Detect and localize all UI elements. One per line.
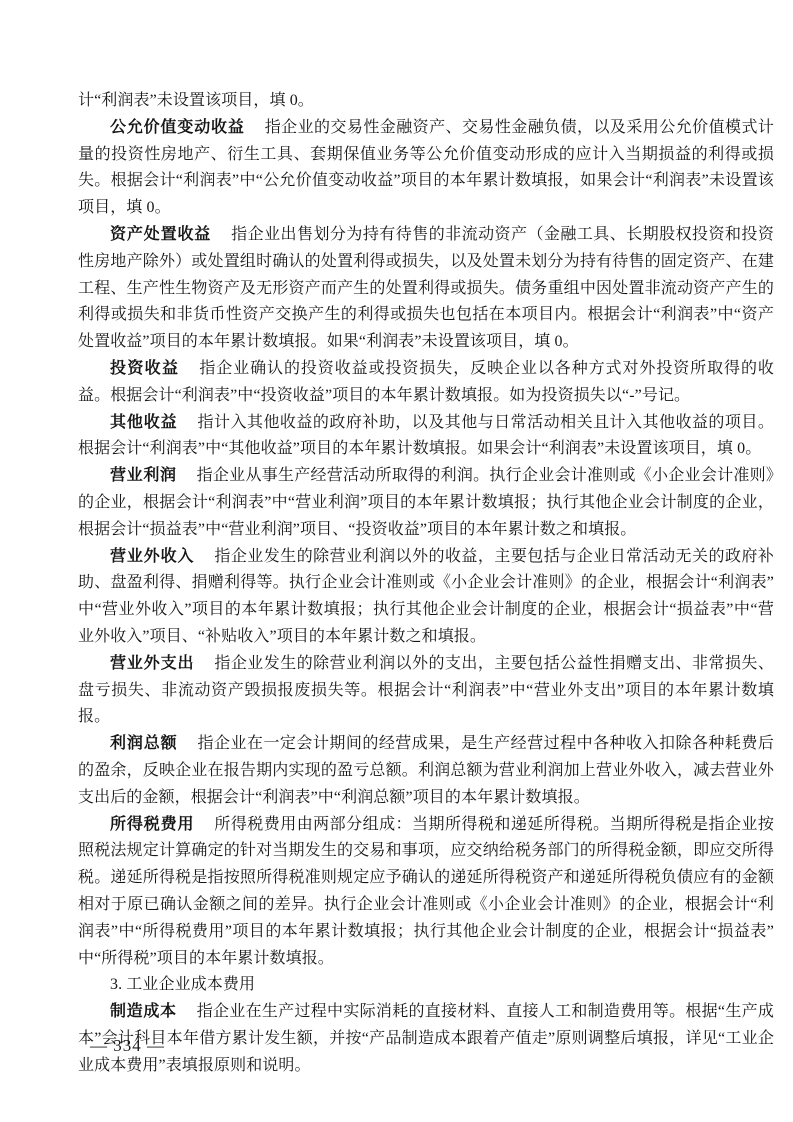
page-number: — 334 — (90, 1036, 165, 1056)
paragraph: 营业外支出指企业发生的除营业利润以外的支出，主要包括公益性捐赠支出、非常损失、盘… (78, 651, 774, 731)
section-heading: 3. 工业企业成本费用 (78, 972, 774, 999)
paragraph: 制造成本指企业在生产过程中实际消耗的直接材料、直接人工和制造费用等。根据“生产成… (78, 999, 774, 1079)
paragraph: 其他收益指计入其他收益的政府补助，以及其他与日常活动相关且计入其他收益的项目。根… (78, 410, 774, 464)
document-page: 计“利润表”未设置该项目，填 0。 公允价值变动收益指企业的交易性金融资产、交易… (0, 0, 793, 1122)
term-label: 资产处置收益 (110, 226, 211, 243)
term-label: 公允价值变动收益 (110, 119, 245, 136)
term-label: 利润总额 (110, 735, 178, 752)
paragraph: 利润总额指企业在一定会计期间的经营成果，是生产经营过程中各种收入扣除各种耗费后的… (78, 731, 774, 811)
term-label: 所得税费用 (110, 816, 194, 833)
paragraph: 营业利润指企业从事生产经营活动所取得的利润。执行企业会计准则或《小企业会计准则》… (78, 463, 774, 543)
term-label: 营业外收入 (110, 548, 194, 565)
paragraph-text: 所得税费用由两部分组成：当期所得税和递延所得税。当期所得税是指企业按照税法规定计… (78, 816, 774, 967)
paragraph-text: 指企业在生产过程中实际消耗的直接材料、直接人工和制造费用等。根据“生产成本”会计… (78, 1003, 774, 1074)
paragraph-text: 计“利润表”未设置该项目，填 0。 (78, 92, 314, 109)
document-body: 计“利润表”未设置该项目，填 0。 公允价值变动收益指企业的交易性金融资产、交易… (78, 88, 774, 1079)
paragraph-text: 指计入其他收益的政府补助，以及其他与日常活动相关且计入其他收益的项目。根据会计“… (78, 414, 774, 458)
term-label: 其他收益 (110, 414, 178, 431)
paragraph: 资产处置收益指企业出售划分为持有待售的非流动资产（金融工具、长期股权投资和投资性… (78, 222, 774, 356)
term-label: 营业利润 (110, 467, 177, 484)
term-label: 营业外支出 (110, 655, 194, 672)
paragraph-text: 指企业出售划分为持有待售的非流动资产（金融工具、长期股权投资和投资性房地产除外）… (78, 226, 774, 350)
paragraph: 计“利润表”未设置该项目，填 0。 (78, 88, 774, 115)
paragraph: 所得税费用所得税费用由两部分组成：当期所得税和递延所得税。当期所得税是指企业按照… (78, 812, 774, 973)
term-label: 投资收益 (110, 360, 179, 377)
section-heading-text: 3. 工业企业成本费用 (110, 976, 255, 993)
paragraph-text: 指企业从事生产经营活动所取得的利润。执行企业会计准则或《小企业会计准则》的企业，… (78, 467, 774, 538)
paragraph: 投资收益指企业确认的投资收益或投资损失，反映企业以各种方式对外投资所取得的收益。… (78, 356, 774, 410)
term-label: 制造成本 (110, 1003, 177, 1020)
paragraph: 公允价值变动收益指企业的交易性金融资产、交易性金融负债，以及采用公允价值模式计量… (78, 115, 774, 222)
paragraph-text: 指企业在一定会计期间的经营成果，是生产经营过程中各种收入扣除各种耗费后的盈余，反… (78, 735, 774, 806)
paragraph-text: 指企业确认的投资收益或投资损失，反映企业以各种方式对外投资所取得的收益。根据会计… (78, 360, 774, 404)
paragraph: 营业外收入指企业发生的除营业利润以外的收益，主要包括与企业日常活动无关的政府补助… (78, 544, 774, 651)
